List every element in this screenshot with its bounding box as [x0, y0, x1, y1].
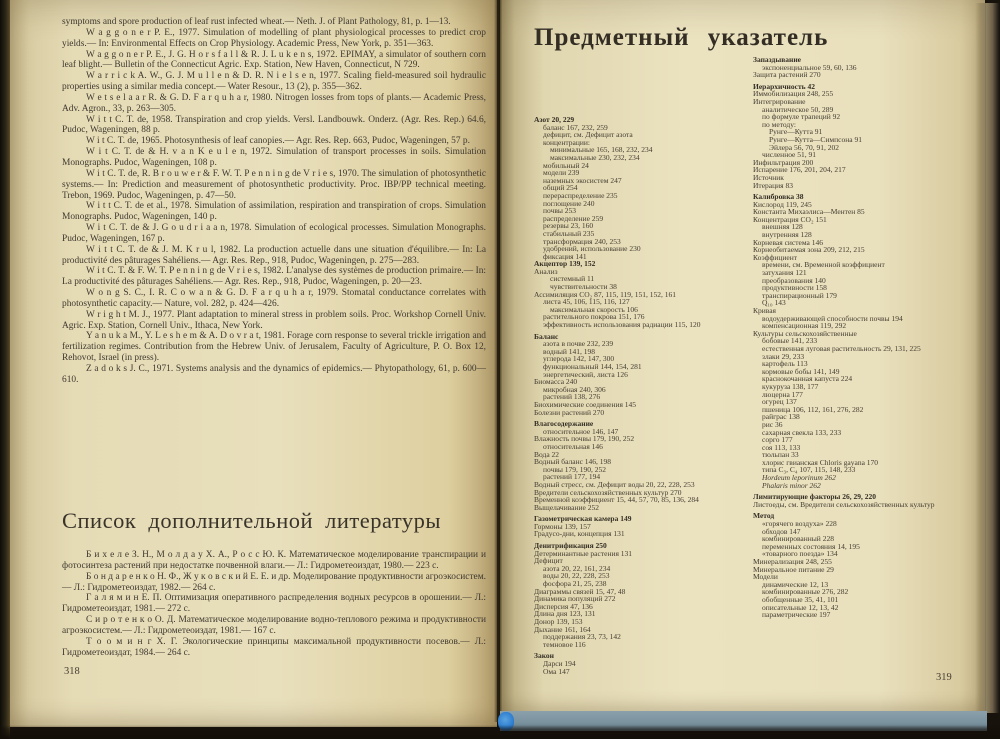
- index-entry: параметрические 197: [753, 611, 979, 619]
- reference-entry: Т о о м и н г Х. Г. Экологические принци…: [62, 637, 486, 659]
- index-entry: Болезни растений 270: [534, 409, 747, 417]
- section-title: Список дополнительной литературы: [62, 508, 492, 534]
- index-title: Предметный указатель: [534, 24, 828, 52]
- right-page: Предметный указатель Азот 20, 229баланс …: [500, 0, 985, 712]
- reference-entry: W i t t C. T. de et al., 1978. Simulatio…: [62, 201, 486, 223]
- index-entry: Акцептор 139, 152: [534, 260, 747, 268]
- reference-entry: W i t t C. T. de, 1958. Transpiration an…: [62, 115, 486, 137]
- page-number-left: 318: [64, 666, 80, 677]
- left-page: symptoms and spore production of leaf ru…: [10, 0, 497, 727]
- bibliography-list: symptoms and spore production of leaf ru…: [62, 17, 486, 386]
- reference-entry: Г а л я м и н Е. П. Оптимизация оператив…: [62, 593, 486, 615]
- index-entry: Ома 147: [534, 668, 747, 676]
- index-entry: Градусо-дни, концепция 131: [534, 530, 747, 538]
- index-column-2: Запаздываниеэкспоненциальное 59, 60, 136…: [753, 56, 979, 619]
- index-entry: Защита растений 270: [753, 71, 979, 79]
- index-entry: Q₁₀ 143: [753, 299, 979, 307]
- reference-entry: Б и х е л е З. Н., М о л д а у Х. А., Р …: [62, 550, 486, 572]
- index-entry: Детерминантные растения 131: [534, 550, 747, 558]
- reference-entry: W a r r i c k A. W., G. J. M u l l e n &…: [62, 71, 486, 93]
- index-entry: транспирационный 179: [753, 292, 979, 300]
- index-entry: Минеральное питание 29: [753, 566, 979, 574]
- reference-entry: Z a d o k s J. C., 1971. Systems analysi…: [62, 364, 486, 386]
- reference-entry: W i t C. T. & F. W. T. P e n n i n g de …: [62, 266, 486, 288]
- page-stack-right-edge: [975, 3, 1000, 713]
- book-edge-left: [0, 0, 10, 739]
- reference-entry: W a g g o n e r P. E., J. G. H o r s f a…: [62, 50, 486, 72]
- index-entry: райграс 138: [753, 413, 979, 421]
- reference-entry: W r i g h t M. J., 1977. Plant adaptatio…: [62, 310, 486, 332]
- reference-entry: W a g g o n e r P. E., 1977. Simulation …: [62, 28, 486, 50]
- additional-literature-list: Б и х е л е З. Н., М о л д а у Х. А., Р …: [62, 550, 486, 658]
- page-number-right: 319: [936, 672, 952, 683]
- reference-entry: W i t C. T. de & H. v a n K e u l e n, 1…: [62, 147, 486, 169]
- reference-entry: W i t C. T. de, 1965. Photosynthesis of …: [62, 136, 486, 147]
- open-book: symptoms and spore production of leaf ru…: [0, 0, 1000, 739]
- bottom-shadow: [0, 725, 1000, 739]
- reference-entry: Б о н д а р е н к о Н. Ф., Ж у к о в с к…: [62, 572, 486, 594]
- index-entry: Phalaris minor 262: [753, 482, 979, 490]
- index-entry: Испарение 176, 201, 204, 217: [753, 166, 979, 174]
- reference-entry: symptoms and spore production of leaf ru…: [62, 17, 486, 28]
- reference-entry: W e t s e l a a r R. & G. D. F a r q u h…: [62, 93, 486, 115]
- index-entry: темновое 116: [534, 641, 747, 649]
- index-entry: относительная 146: [534, 443, 747, 451]
- reference-entry: Y a n u k a M., Y. L e s h e m & A. D o …: [62, 331, 486, 364]
- reference-entry: W i t t C. T. de & J. M. K r u l, 1982. …: [62, 245, 486, 267]
- index-entry: Итерация 83: [753, 182, 979, 190]
- index-entry: эффективность использования радиации 115…: [534, 321, 747, 329]
- index-entry: Листоеды, см. Вредители сельскохозяйстве…: [753, 501, 979, 509]
- book-spine-crease: [494, 0, 502, 722]
- reference-entry: W i t C. T. de, R. B r o u w e r & F. W.…: [62, 169, 486, 202]
- reference-entry: W o n g S. C., I. R. C o w a n & G. D. F…: [62, 288, 486, 310]
- index-entry: Выщелачивание 252: [534, 504, 747, 512]
- reference-entry: С и р о т е н к о О. Д. Математическое м…: [62, 615, 486, 637]
- reference-entry: W i t C. T. de & J. G o u d r i a a n, 1…: [62, 223, 486, 245]
- index-column-1: Азот 20, 229баланс 167, 232, 259дефицит,…: [534, 116, 747, 675]
